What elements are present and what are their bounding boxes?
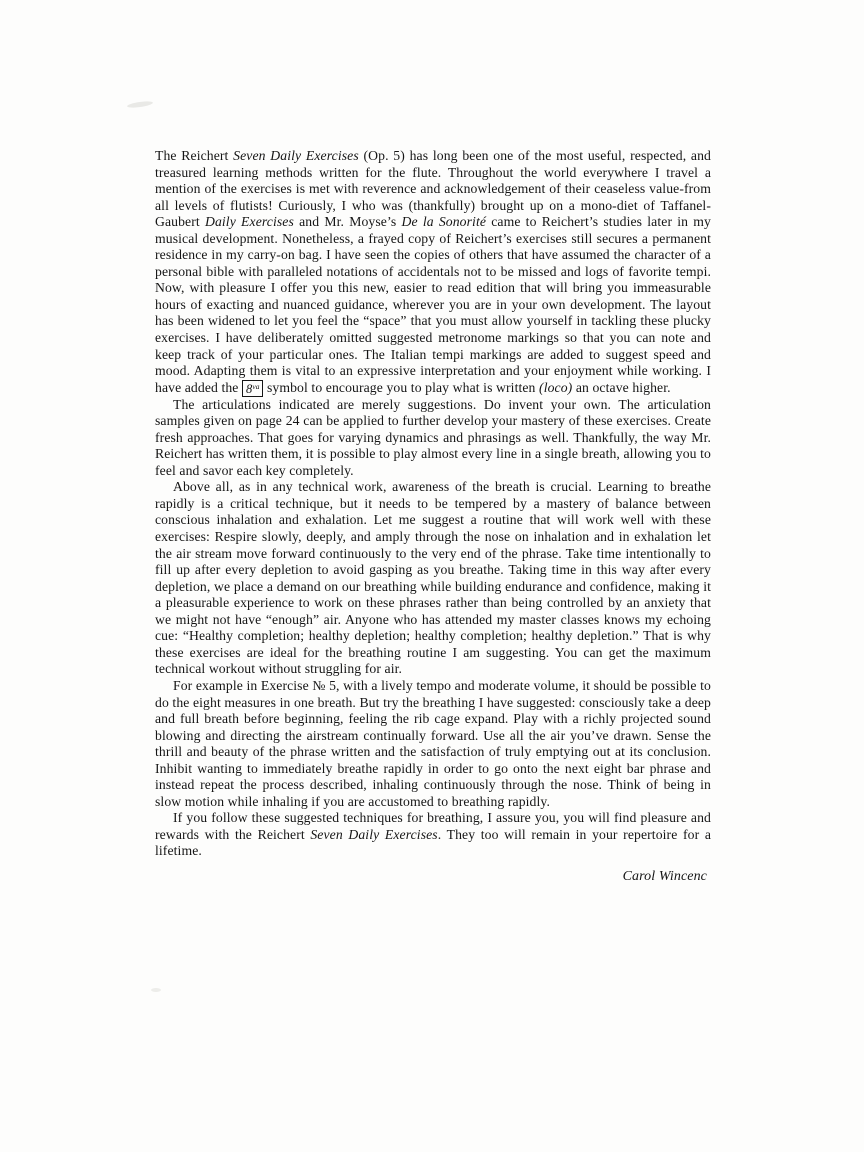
text-segment: For example in Exercise № 5, with a live… — [155, 678, 711, 809]
paragraph: Above all, as in any technical work, awa… — [155, 479, 711, 678]
text-segment: came to Reichert’s studies later in my m… — [155, 214, 711, 394]
text-segment: and Mr. Moyse’s — [294, 214, 402, 229]
text-segment: Above all, as in any technical work, awa… — [155, 479, 711, 676]
paragraph: If you follow these suggested techniques… — [155, 810, 711, 860]
scan-smudge — [127, 100, 153, 109]
italic-text-segment: Daily Exercises — [205, 214, 294, 229]
italic-text-segment: Seven Daily Exercises — [310, 827, 437, 842]
text-segment: The Reichert — [155, 148, 233, 163]
text-segment: The articulations indicated are merely s… — [155, 397, 711, 478]
italic-text-segment: (loco) — [539, 380, 572, 395]
author-signature: Carol Wincenc — [155, 869, 711, 886]
paragraph: The Reichert Seven Daily Exercises (Op. … — [155, 148, 711, 397]
scanned-document-page: The Reichert Seven Daily Exercises (Op. … — [0, 0, 864, 1152]
text-segment: an octave higher. — [572, 380, 670, 395]
text-block: The Reichert Seven Daily Exercises (Op. … — [155, 148, 711, 886]
italic-text-segment: De la Sonorité — [401, 214, 486, 229]
italic-text-segment: Seven Daily Exercises — [233, 148, 359, 163]
scan-smudge — [151, 988, 161, 992]
text-segment: symbol to encourage you to play what is … — [263, 380, 539, 395]
ottava-symbol-icon: 8va — [242, 380, 263, 397]
paragraph: The articulations indicated are merely s… — [155, 397, 711, 480]
paragraph: For example in Exercise № 5, with a live… — [155, 678, 711, 810]
